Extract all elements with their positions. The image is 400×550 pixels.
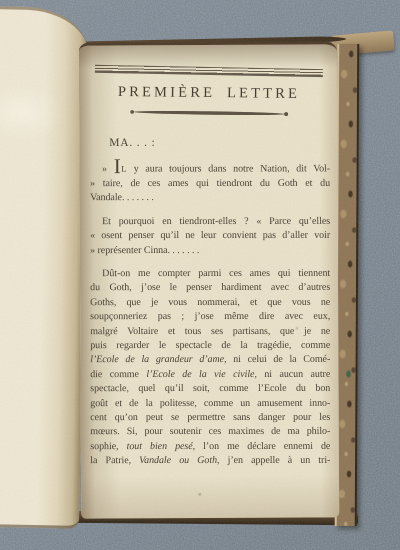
text-segment: » taire, de ces ames qui tiendront du Go… [90, 178, 330, 189]
text-segment: » [102, 164, 114, 175]
text-line: cent qu’on peut se permettre sans danger… [90, 411, 330, 426]
text-line: goût et de la politesse, comme un amusem… [90, 396, 330, 411]
text-segment: « osent penser qu’il ne leur convient pa… [90, 230, 330, 241]
page-text: » IL y aura toujours dans notre Nation, … [90, 161, 330, 469]
text-segment: l’Ecole de la vie civile [146, 369, 254, 380]
text-line: soupçonneriez pas ; j’ose même dire avec… [90, 310, 330, 325]
text-segment: » représenter Cinna. . . . . . . [90, 245, 199, 256]
text-segment: puis regarder le spectacle de la tragédi… [90, 340, 330, 351]
text-segment: soupçonneriez pas ; j’ose même dire avec… [90, 311, 330, 322]
text-segment: y aura toujours dans notre Nation, dit V… [127, 163, 330, 174]
text-line: du Goth, j’ose le penser hardiment avec … [90, 281, 330, 296]
text-segment: Vandale. . . . . . . [90, 192, 154, 203]
text-segment: goût et de la politesse, comme un amusem… [90, 397, 330, 408]
text-segment: tout bien pesé [127, 441, 193, 452]
photo-scene: PREMIÈRE LETTRE MA. . . : » IL y aura to… [0, 0, 400, 550]
text-line: Et pourquoi en tiendront-elles ? « Parce… [90, 215, 330, 230]
text-line: spectacle, quel qu’il soit, comme l’Ecol… [90, 382, 330, 397]
text-line: mœurs. Si, pour soutenir ces maximes de … [90, 425, 330, 440]
text-segment: du Goth, j’ose le penser hardiment avec … [90, 282, 330, 293]
text-line: l’Ecole de la grandeur d’ame, ni celui d… [90, 353, 330, 368]
text-segment: Vandale ou Goth [139, 455, 217, 466]
text-line: » IL y aura toujours dans notre Nation, … [90, 161, 330, 177]
text-segment: , j’en appelle à un tri- [217, 455, 330, 466]
page-heading: PREMIÈRE LETTRE [89, 84, 329, 104]
right-page: PREMIÈRE LETTRE MA. . . : » IL y aura to… [79, 41, 339, 518]
text-line: « osent penser qu’il ne leur convient pa… [90, 229, 330, 244]
text-segment: la Patrie, [90, 455, 139, 466]
paragraph: Dût-on me compter parmi ces ames qui tie… [90, 267, 330, 469]
text-segment: , ni aucun autre [254, 369, 330, 380]
text-line: sophie, tout bien pesé, l’on me déclare … [90, 440, 330, 455]
text-line: » représenter Cinna. . . . . . . [90, 243, 330, 258]
paragraph: Et pourquoi en tiendront-elles ? « Parce… [90, 215, 330, 258]
text-segment: l’Ecole de la grandeur d’ame [90, 354, 224, 365]
text-segment: sophie, [90, 441, 126, 452]
text-segment: , ni celui de la Comé- [224, 354, 330, 365]
text-segment: mœurs. Si, pour soutenir ces maximes de … [90, 426, 330, 437]
text-segment: spectacle, quel qu’il soit, comme l’Ecol… [90, 383, 330, 394]
text-line: la Patrie, Vandale ou Goth, j’en appelle… [90, 454, 330, 469]
text-line: » taire, de ces ames qui tiendront du Go… [90, 177, 330, 192]
text-line: puis regarder le spectacle de la tragédi… [90, 339, 330, 354]
text-segment: die comme [90, 369, 146, 380]
text-line: die comme l’Ecole de la vie civile, ni a… [90, 368, 330, 383]
salutation: MA. . . : [109, 137, 329, 149]
text-segment: malgré Voltaire et tous ses partisans, q… [90, 325, 330, 336]
tapered-rule-divider [129, 108, 289, 118]
header-double-rule [95, 65, 323, 77]
text-segment: Et pourquoi en tiendront-elles ? « Parce… [102, 216, 330, 227]
paragraph: » IL y aura toujours dans notre Nation, … [90, 161, 330, 206]
text-segment: Dût-on me compter parmi ces ames qui tie… [102, 268, 330, 279]
text-segment: , l’on me déclare ennemi de [193, 441, 331, 452]
left-page [0, 6, 89, 529]
text-line: Dût-on me compter parmi ces ames qui tie… [90, 267, 330, 282]
text-line: Vandale. . . . . . . [90, 191, 330, 206]
text-line: Goths, que je vous nommerai, et que vous… [90, 296, 330, 311]
text-line: malgré Voltaire et tous ses partisans, q… [90, 324, 330, 339]
text-segment: Goths, que je vous nommerai, et que vous… [90, 297, 330, 308]
text-segment: cent qu’on peut se permettre sans danger… [90, 412, 330, 423]
